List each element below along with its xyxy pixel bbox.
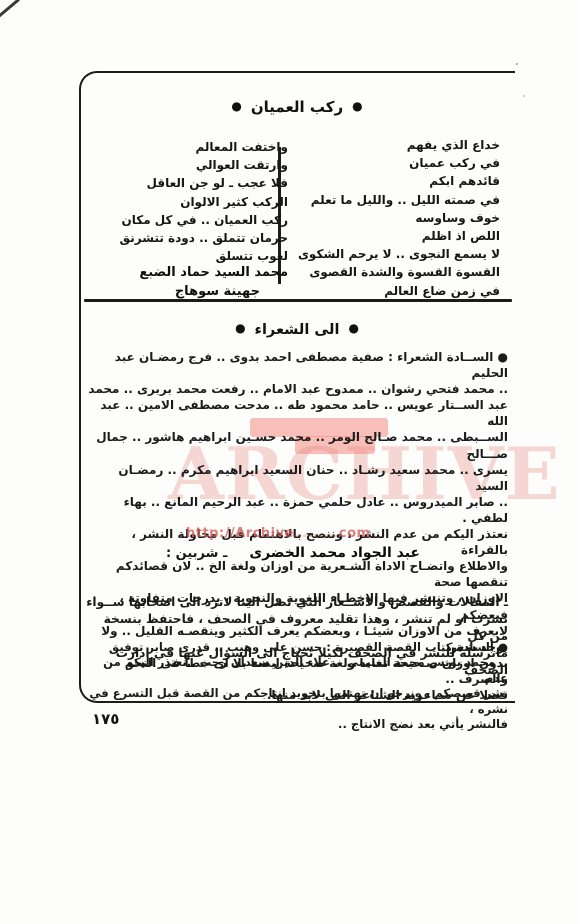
letter-heading-row: عبد الجواد محمد الخضرى ـ شربين : xyxy=(84,545,508,561)
poets-section-title: الى الشعراء xyxy=(255,322,340,338)
title-bullet-icon: ● xyxy=(231,99,241,113)
letter-sender-location: ـ شربين : xyxy=(166,546,227,561)
poem-right-column: خداع الذي يفهم في ركب عميان قائدهم ابكم … xyxy=(293,136,500,300)
title-bullet-icon: ● xyxy=(235,321,245,335)
poem-title: ركب العميان xyxy=(251,98,343,116)
page-number: ١٧٥ xyxy=(92,710,119,728)
scan-corner-artifact xyxy=(0,0,20,18)
title-bullet-icon: ● xyxy=(348,321,358,335)
poem-left-column: واختفت المعالم وارتقت العوالي فلا عجب ـ … xyxy=(88,138,288,265)
title-bullet-icon: ● xyxy=(352,99,362,113)
poem-author-location: جهينة سوهاج xyxy=(88,284,260,299)
section-separator-rule xyxy=(84,299,512,302)
scan-speck xyxy=(516,63,518,65)
poem-title-row: ●ركب العميان● xyxy=(79,98,515,116)
poets-paragraph: ● الســادة الشعراء : صفية مصطفى احمد بدو… xyxy=(84,349,508,703)
scanned-magazine-page: ●ركب العميان● خداع الذي يفهم في ركب عميا… xyxy=(0,0,580,924)
letter-sender-name: عبد الجواد محمد الخضرى xyxy=(249,545,420,561)
scan-speck xyxy=(523,95,525,97)
poem-author: محمد السيد حماد الضبع xyxy=(88,265,288,280)
poets-title-row: ●الى الشعراء● xyxy=(79,321,515,338)
